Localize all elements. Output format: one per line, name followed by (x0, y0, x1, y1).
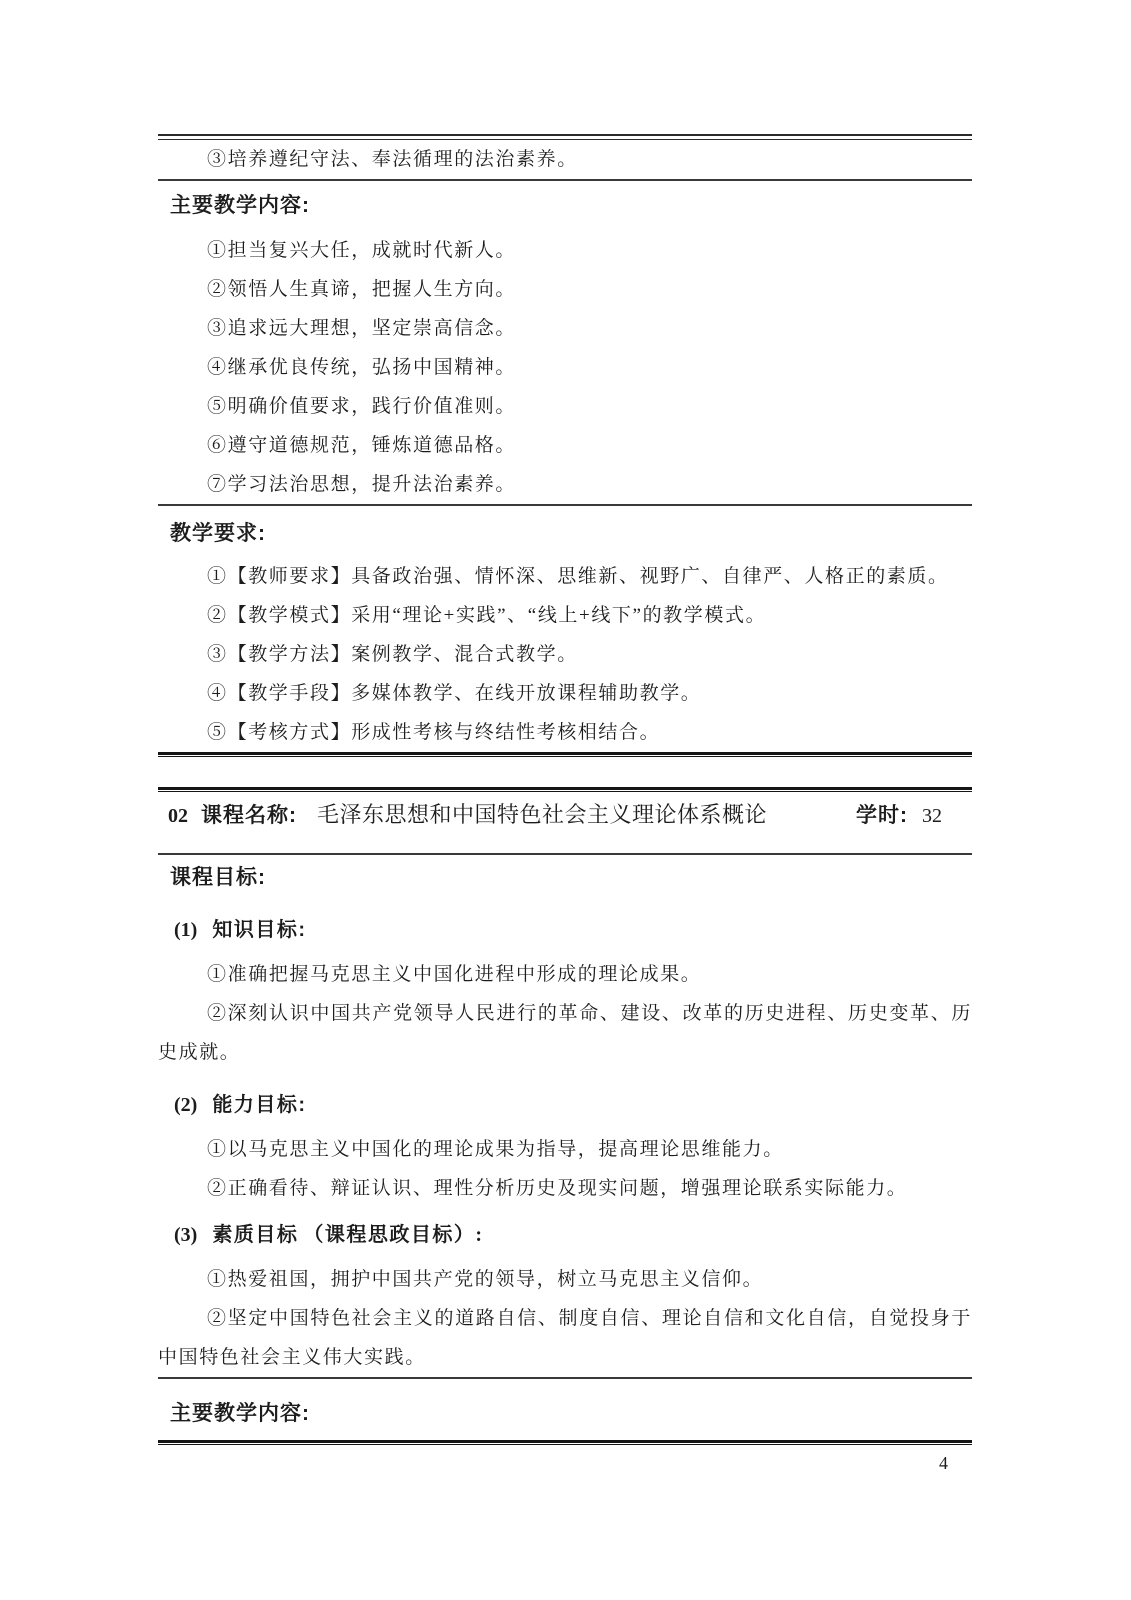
objective-group-title: (3) 素质目标 （课程思政目标）: (158, 1220, 972, 1250)
course-objectives-heading: 课程目标: (158, 863, 972, 893)
teaching-content-item: ⑦学习法治思想，提升法治素养。 (158, 465, 972, 504)
course-title-group: 02 课程名称: 毛泽东思想和中国特色社会主义理论体系概论 (168, 798, 767, 835)
section-top-heavy-rule (158, 787, 972, 792)
teaching-requirements-list: ①【教师要求】具备政治强、情怀深、思维新、视野广、自律严、人格正的素质。 ②【教… (158, 557, 972, 752)
teaching-content-heading: 主要教学内容: (158, 191, 972, 221)
teaching-content-item: ⑤明确价值要求，践行价值准则。 (158, 387, 972, 426)
hours-label: 学时: (856, 804, 908, 827)
objective-item: ②坚定中国特色社会主义的道路自信、制度自信、理论自信和文化自信，自觉投身于中国特… (158, 1299, 972, 1377)
row-divider (158, 504, 972, 506)
course-name: 毛泽东思想和中国特色社会主义理论体系概论 (317, 802, 767, 827)
objective-group-items: ①热爱祖国，拥护中国共产党的领导，树立马克思主义信仰。 ②坚定中国特色社会主义的… (158, 1260, 972, 1377)
objective-item: ②深刻认识中国共产党领导人民进行的革命、建设、改革的历史进程、历史变革、历史成就… (158, 994, 972, 1072)
teaching-content-item: ③追求远大理想，坚定崇高信念。 (158, 309, 972, 348)
objective-group-number: (1) (174, 919, 197, 941)
objective-item: ②正确看待、辩证认识、理性分析历史及现实问题，增强理论联系实际能力。 (158, 1169, 972, 1208)
page-content: ③培养遵纪守法、奉法循理的法治素养。 主要教学内容: ①担当复兴大任，成就时代新… (158, 0, 972, 1474)
row-divider (158, 179, 972, 181)
teaching-content-item: ⑥遵守道德规范，锤炼道德品格。 (158, 426, 972, 465)
objective-group-items: ①以马克思主义中国化的理论成果为指导，提高理论思维能力。 ②正确看待、辩证认识、… (158, 1130, 972, 1208)
objective-group-paren: （课程思政目标）: (303, 1224, 483, 1246)
teaching-requirement-item: ②【教学模式】采用“理论+实践”、“线上+线下”的教学模式。 (158, 596, 972, 635)
teaching-requirement-item: ①【教师要求】具备政治强、情怀深、思维新、视野广、自律严、人格正的素质。 (158, 557, 972, 596)
carryover-paragraph: ③培养遵纪守法、奉法循理的法治素养。 (158, 140, 972, 179)
course-hours-group: 学时: 32 (856, 799, 942, 835)
objective-group-number: (2) (174, 1094, 197, 1116)
objective-item: ①以马克思主义中国化的理论成果为指导，提高理论思维能力。 (158, 1130, 972, 1169)
objective-group-label: 能力目标: (212, 1094, 306, 1116)
objective-group-number: (3) (174, 1224, 197, 1246)
teaching-requirement-item: ③【教学方法】案例教学、混合式教学。 (158, 635, 972, 674)
objective-group-title: (1) 知识目标: (158, 915, 972, 945)
teaching-content-heading-2: 主要教学内容: (158, 1399, 972, 1429)
section-gap (158, 757, 972, 787)
objective-item: ①准确把握马克思主义中国化进程中形成的理论成果。 (158, 955, 972, 994)
teaching-requirement-item: ⑤【考核方式】形成性考核与终结性考核相结合。 (158, 713, 972, 752)
teaching-requirements-heading: 教学要求: (158, 519, 972, 549)
teaching-content-list: ①担当复兴大任，成就时代新人。 ②领悟人生真谛，把握人生方向。 ③追求远大理想，… (158, 231, 972, 504)
hours-value: 32 (922, 805, 942, 827)
objective-item: ①热爱祖国，拥护中国共产党的领导，树立马克思主义信仰。 (158, 1260, 972, 1299)
teaching-content-item: ①担当复兴大任，成就时代新人。 (158, 231, 972, 270)
objective-group-title: (2) 能力目标: (158, 1090, 972, 1120)
document-page: ③培养遵纪守法、奉法循理的法治素养。 主要教学内容: ①担当复兴大任，成就时代新… (0, 0, 1131, 1600)
objective-group-label: 素质目标 (212, 1224, 298, 1246)
course-number: 02 (168, 805, 188, 827)
teaching-content-item: ②领悟人生真谛，把握人生方向。 (158, 270, 972, 309)
row-divider (158, 853, 972, 855)
page-bottom-heavy-rule (158, 1440, 972, 1445)
teaching-requirement-item: ④【教学手段】多媒体教学、在线开放课程辅助教学。 (158, 674, 972, 713)
teaching-content-item: ④继承优良传统，弘扬中国精神。 (158, 348, 972, 387)
course-name-label: 课程名称: (201, 804, 297, 827)
course-header-row: 02 课程名称: 毛泽东思想和中国特色社会主义理论体系概论 学时: 32 (158, 798, 972, 835)
row-divider (158, 1377, 972, 1379)
objective-group-items: ①准确把握马克思主义中国化进程中形成的理论成果。 ②深刻认识中国共产党领导人民进… (158, 955, 972, 1072)
page-number: 4 (158, 1453, 972, 1474)
objective-group-label: 知识目标: (212, 919, 306, 941)
